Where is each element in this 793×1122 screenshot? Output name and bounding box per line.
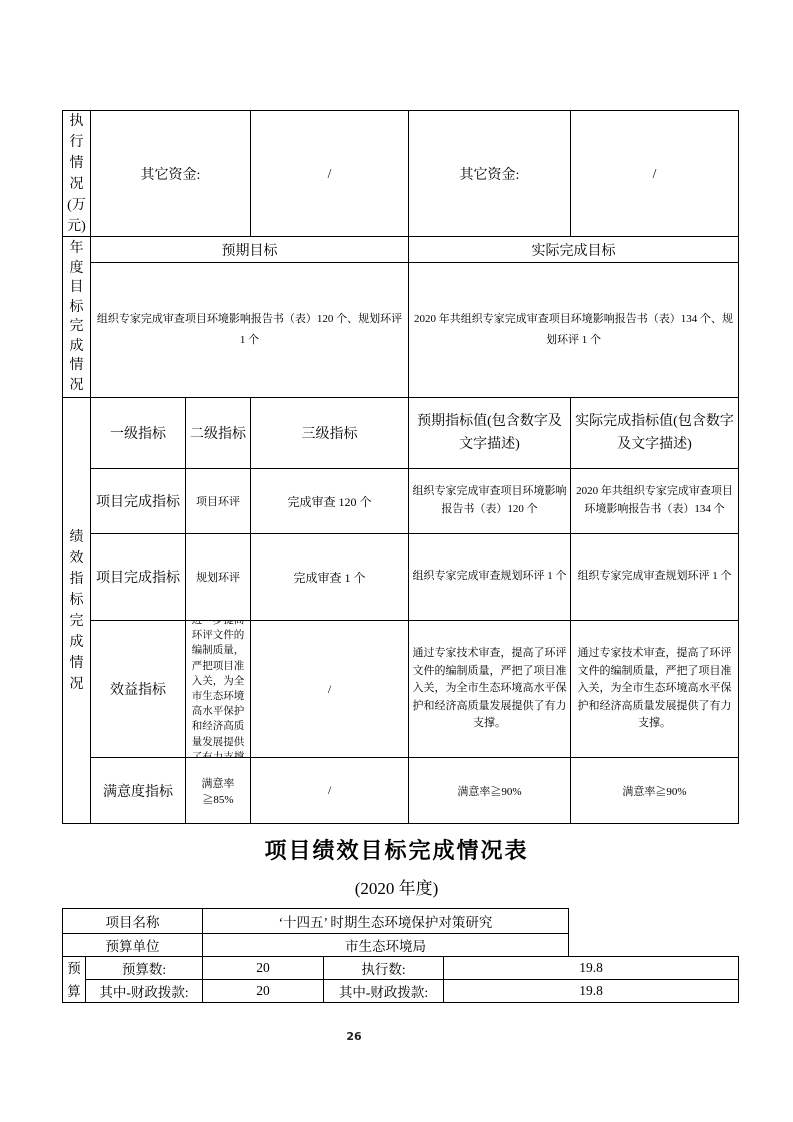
other-funds-label-actual: 其它资金:	[408, 110, 571, 237]
budget-unit-value: 市生态环境局	[202, 933, 569, 957]
ind-row3-level1: 效益指标	[90, 620, 186, 758]
ind-row2-level1: 项目完成指标	[90, 533, 186, 621]
execution-amount-label: 执行数:	[323, 956, 444, 980]
other-funds-value-actual: /	[570, 110, 739, 237]
ind-row1-level3: 完成审查 120 个	[250, 468, 409, 534]
ind-row2-level2: 规划环评	[185, 533, 251, 621]
other-funds-label-expected: 其它资金:	[90, 110, 251, 237]
page-number: 26	[334, 1030, 374, 1043]
col-header-expected-value: 预期指标值(包含数字及文字描述)	[408, 397, 571, 469]
fiscal-allocation-value-execution: 19.8	[443, 979, 739, 1003]
section-title: 项目绩效目标完成情况表	[0, 834, 793, 865]
project-name-value: ‘十四五’ 时期生态环境保护对策研究	[202, 908, 569, 934]
expected-goal-content: 组织专家完成审查项目环境影响报告书（表）120 个、规划环评 1 个	[90, 262, 409, 398]
exec-row-header: 执行情况(万元)	[62, 110, 91, 237]
budget-amount-label: 预算数:	[85, 956, 203, 980]
ind-row1-level2: 项目环评	[185, 468, 251, 534]
section-subtitle: (2020 年度)	[0, 874, 793, 899]
ind-row1-expected: 组织专家完成审查项目环境影响报告书（表）120 个	[408, 468, 571, 534]
annual-goal-row-header: 年度目标完成情况	[62, 236, 91, 398]
actual-goal-header: 实际完成目标	[408, 236, 739, 263]
perf-indicator-row-header: 绩效指标完成情况	[62, 397, 91, 824]
execution-amount-value: 19.8	[443, 956, 739, 980]
actual-goal-content: 2020 年共组织专家完成审查项目环境影响报告书（表）134 个、规划环评 1 …	[408, 262, 739, 398]
ind-row4-level1: 满意度指标	[90, 757, 186, 824]
budget-unit-label: 预算单位	[62, 933, 203, 957]
ind-row3-level2: 进一步提高环评文件的编制质量，严把项目准入关，为全市生态环境高水平保护和经济高质…	[185, 620, 251, 758]
ind-row4-level2: 满意率≧85%	[185, 757, 251, 824]
ind-row1-level1: 项目完成指标	[90, 468, 186, 534]
fiscal-allocation-label-budget: 其中-财政拨款:	[85, 979, 203, 1003]
budget-row-header: 预算	[62, 956, 86, 1003]
ind-row1-actual: 2020 年共组织专家完成审查项目环境影响报告书（表）134 个	[570, 468, 739, 534]
ind-row3-actual: 通过专家技术审查，提高了环评文件的编制质量，严把了项目准入关，为全市生态环境高水…	[570, 620, 739, 758]
fiscal-allocation-value-budget: 20	[202, 979, 324, 1003]
other-funds-value-expected: /	[250, 110, 409, 237]
budget-amount-value: 20	[202, 956, 324, 980]
expected-goal-header: 预期目标	[90, 236, 409, 263]
col-header-actual-value: 实际完成指标值(包含数字及文字描述)	[570, 397, 739, 469]
ind-row4-level3: /	[250, 757, 409, 824]
ind-row4-expected: 满意率≧90%	[408, 757, 571, 824]
ind-row3-level3: /	[250, 620, 409, 758]
fiscal-allocation-label-execution: 其中-财政拨款:	[323, 979, 444, 1003]
col-header-level3: 三级指标	[250, 397, 409, 469]
ind-row3-expected: 通过专家技术审查，提高了环评文件的编制质量，严把了项目准入关，为全市生态环境高水…	[408, 620, 571, 758]
document-page: 执行情况(万元) 其它资金: / 其它资金: / 年度目标完成情况 预期目标 实…	[0, 0, 793, 1122]
ind-row2-expected: 组织专家完成审查规划环评 1 个	[408, 533, 571, 621]
col-header-level2: 二级指标	[185, 397, 251, 469]
ind-row2-level3: 完成审查 1 个	[250, 533, 409, 621]
project-name-label: 项目名称	[62, 908, 203, 934]
col-header-level1: 一级指标	[90, 397, 186, 469]
ind-row2-actual: 组织专家完成审查规划环评 1 个	[570, 533, 739, 621]
ind-row4-actual: 满意率≧90%	[570, 757, 739, 824]
